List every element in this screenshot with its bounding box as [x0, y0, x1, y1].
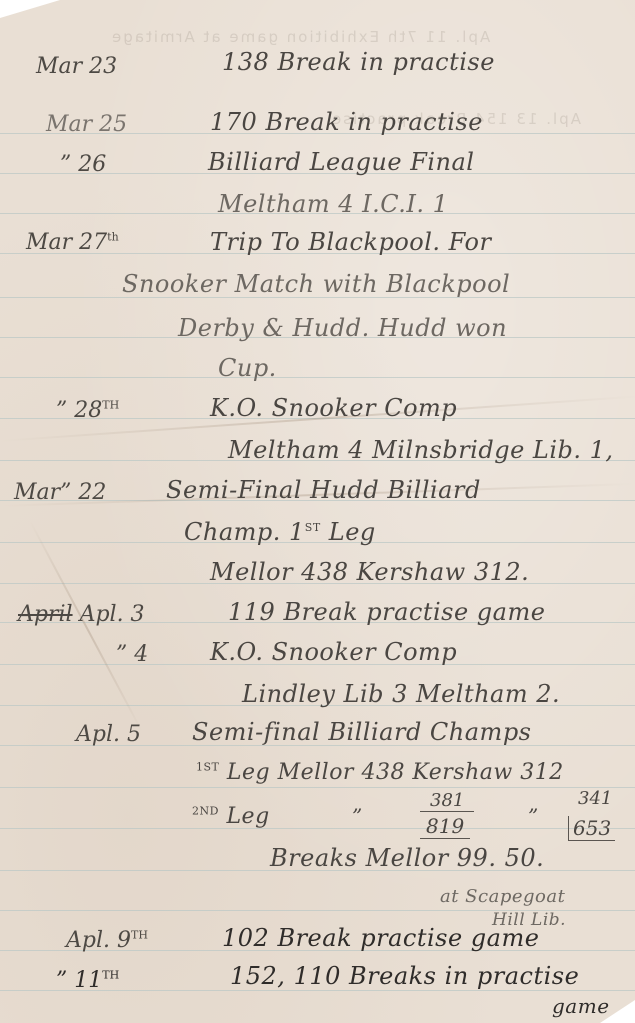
entry-date: ” 26: [60, 152, 106, 177]
entry-date: Apl. 9TH: [66, 928, 148, 953]
total-kershaw: 653: [568, 816, 615, 841]
entry-date: Mar” 22: [14, 480, 106, 505]
entry-text: 170 Break in practise: [210, 108, 483, 136]
entry-date: ” 4: [116, 642, 148, 667]
ditto-mark: ”: [528, 804, 538, 828]
entry-text: Breaks Mellor 99. 50.: [270, 844, 544, 872]
entry-date: Mar 27th: [26, 230, 119, 255]
entry-date: Apl. 5: [76, 722, 141, 747]
entry-text: 119 Break practise game: [228, 598, 545, 626]
entry-text: Semi-final Billiard Champs: [192, 718, 532, 746]
ruled-line: [0, 787, 635, 788]
entry-text: 152, 110 Breaks in practise: [230, 962, 579, 990]
entry-text: Cup.: [218, 354, 277, 382]
entry-text: Semi-Final Hudd Billiard: [166, 476, 481, 504]
ditto-mark: ”: [352, 804, 362, 828]
entry-text: Hill Lib.: [492, 910, 566, 930]
entry-text: 138 Break in practise: [222, 48, 495, 76]
entry-text: Mellor 438 Kershaw 312.: [210, 558, 529, 586]
total-mellor: 819: [420, 814, 470, 839]
entry-text: Lindley Lib 3 Meltham 2.: [242, 680, 560, 708]
entry-text: Meltham 4 I.C.I. 1: [218, 190, 448, 218]
ruled-line: [0, 377, 635, 378]
entry-text: Billiard League Final: [208, 148, 474, 176]
entry-text: Meltham 4 Milnsbridge Lib. 1,: [228, 436, 614, 464]
entry-date: Mar 25: [46, 112, 127, 137]
ruled-line: [0, 828, 635, 829]
entry-text: 2ND Leg: [192, 804, 270, 829]
entry-text: game: [552, 994, 610, 1018]
entry-text: Derby & Hudd. Hudd won: [178, 314, 507, 342]
entry-text: K.O. Snooker Comp: [210, 394, 457, 422]
entry-date: ” 11TH: [56, 968, 119, 993]
entry-date: April Apl. 3: [18, 602, 145, 627]
entry-text: at Scapegoat: [440, 886, 565, 907]
score-second-leg-mellor: 381: [420, 790, 474, 812]
entry-text: Snooker Match with Blackpool: [122, 270, 510, 298]
entry-text: Champ. 1ST Leg: [184, 518, 376, 546]
entry-text: K.O. Snooker Comp: [210, 638, 457, 666]
score-second-leg-kershaw: 341: [578, 788, 612, 809]
diary-page: Apl. 11 7th Exhibition game at Armitage …: [0, 0, 635, 1023]
entry-text: 1ST Leg Mellor 438 Kershaw 312: [196, 760, 564, 785]
entry-date: Mar 23: [36, 54, 117, 79]
bleed-through-text: Apl. 11 7th Exhibition game at Armitage: [110, 28, 490, 46]
struck-date: April: [18, 602, 73, 627]
entry-date: ” 28TH: [56, 398, 119, 423]
entry-text: Trip To Blackpool. For: [210, 228, 491, 256]
